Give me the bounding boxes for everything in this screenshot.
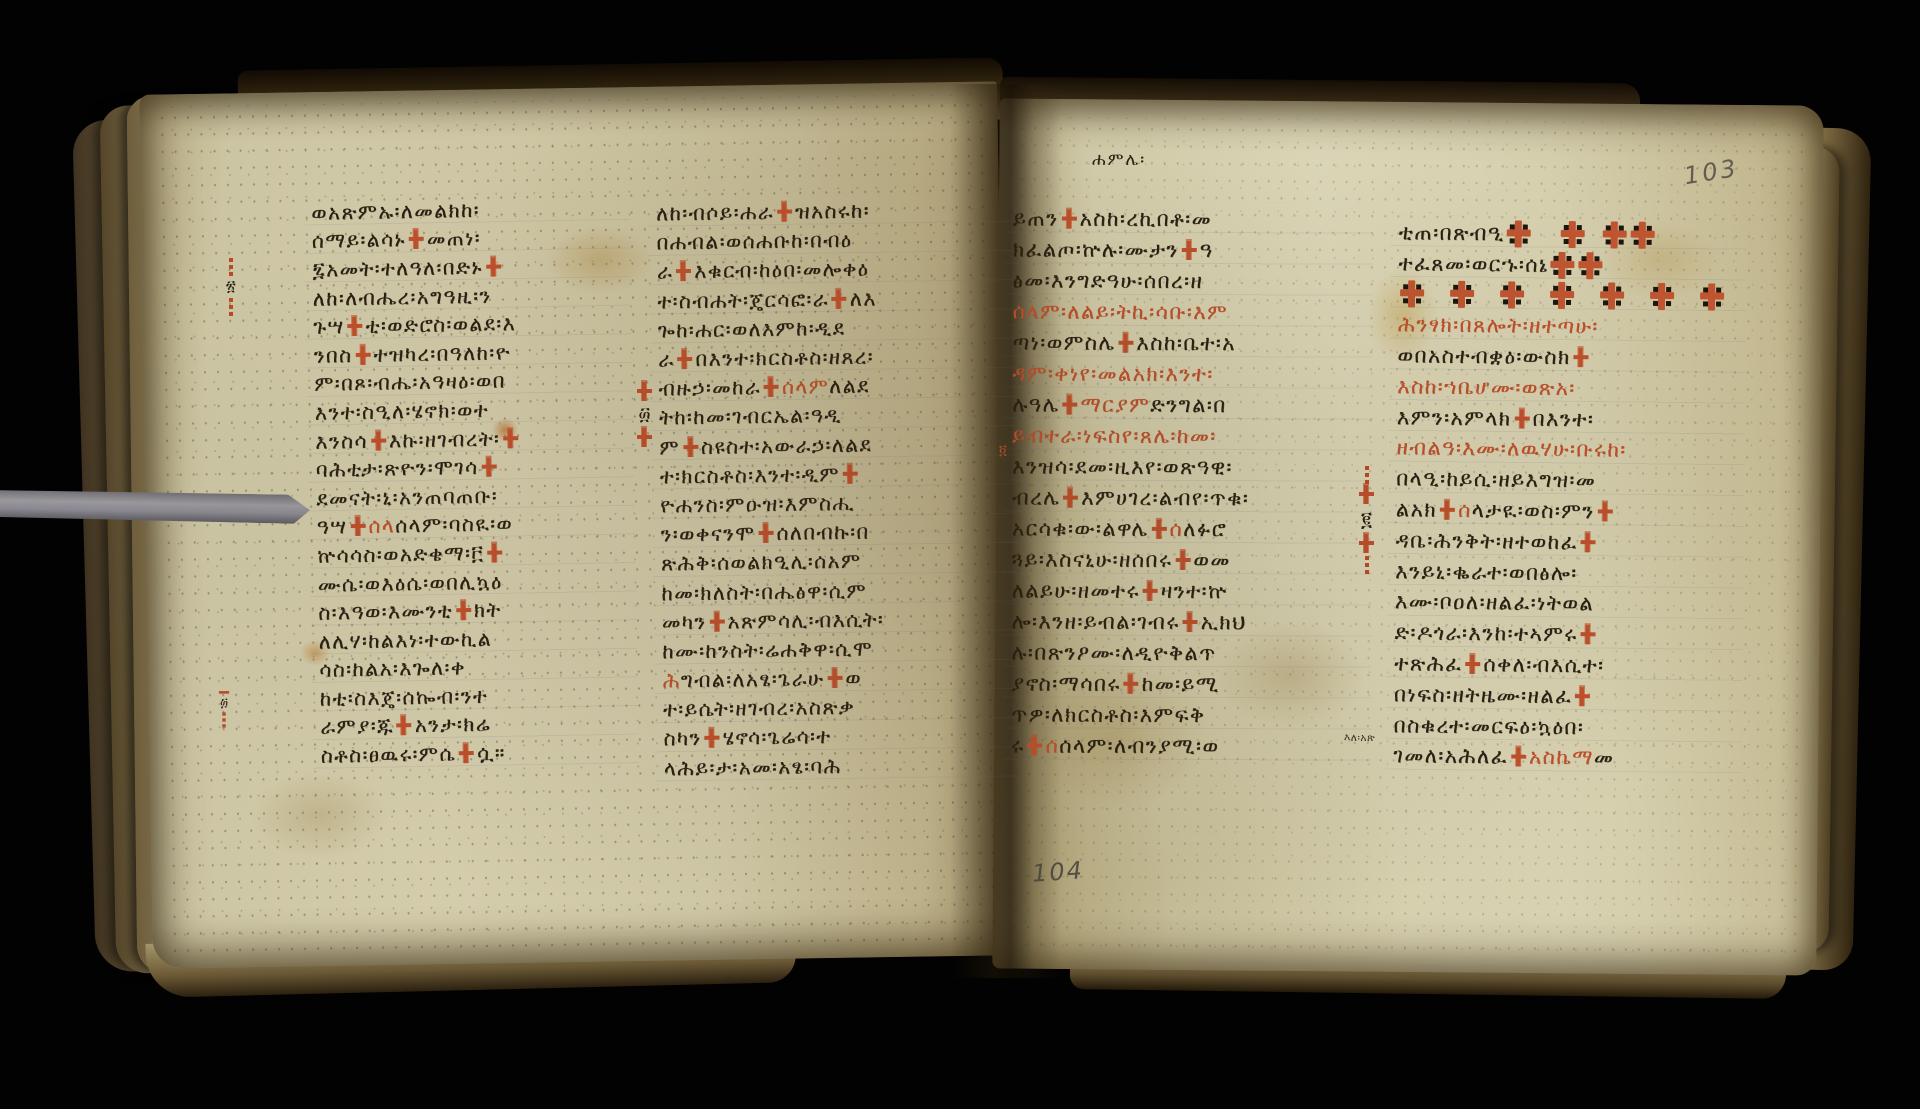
red-cross-divider-icon — [827, 669, 842, 688]
black-ink-text-run: አርሳቁ፡ው፡ልዋሌ — [1012, 516, 1149, 541]
black-ink-text-run: ስቶስ፡ፀዉሩ፡ምሴ — [321, 741, 457, 768]
black-ink-text-run: በሐብል፡ወሰሐቡከ፡በብዕ — [656, 228, 852, 256]
manuscript-text-line: ዳቤ፡ሕንቅት፡ዘተወከፈ — [1395, 525, 1735, 559]
black-ink-text-run: ተ፡ስብሐት፡ጄርሳፎ፡ራ — [657, 287, 829, 314]
black-ink-text-run: ለእ — [850, 286, 877, 311]
red-cross-divider-icon — [677, 350, 692, 369]
black-ink-text-run: ም — [659, 435, 680, 460]
black-ink-text-run: ጥዎ፡ለክርስቶስ፡እምፍቅ — [1011, 702, 1205, 728]
black-ink-text-run: ሰለበብኩ፡በ — [776, 520, 869, 546]
black-ink-text-run: ራምያ፡ጁ — [320, 714, 394, 740]
folio-number-bottom-left: 104 — [1031, 856, 1085, 888]
red-cross-divider-icon — [1061, 210, 1076, 229]
red-ink-text-run: ዘብልዓ፡እሙ፡ለዉሃሁ፡ቡሩከ፡ — [1396, 436, 1626, 463]
black-ink-text-run: እሙ፡ቦዐለ፡ዘልፈ፡ነትወል — [1395, 590, 1594, 617]
manuscript-text-line: ለልይሁ፡ዘመተሩዛንተ፡ኵ — [1012, 575, 1364, 607]
red-cross-icon — [637, 382, 652, 401]
black-ink-text-run: ጓይ፡እስናኒሁ፡ዘሰበሩ — [1012, 547, 1173, 573]
manuscript-text-line: ወበአስተብቋዕ፡ውስክ — [1397, 340, 1737, 374]
black-ink-text-run: ስካን — [663, 726, 701, 752]
manuscript-text-line: በነፍስ፡ዘትዜሙ፡ዘልፈ — [1394, 679, 1734, 713]
black-ink-text-run: እንተ፡ስዒለ፡ሄኖክ፡ወተ — [315, 398, 490, 426]
black-ink-text-run: ዛንተ፡ኵ — [1161, 579, 1228, 604]
red-cross-divider-icon — [1143, 582, 1158, 601]
black-ink-text-run: ትከ፡ከመ፡ገብርኤል፡ዓዲ — [659, 403, 842, 431]
black-ink-text-run: ያኖስ፡ማሳበሩ — [1011, 671, 1120, 696]
red-cross-divider-icon — [1580, 625, 1595, 644]
margin-mark-left-outer-lower: ፴ — [219, 691, 229, 726]
manuscript-text-line: ክፈልጦ፡ኵሉ፡ሙታንዓ — [1013, 234, 1365, 266]
black-ink-text-run: ከመ፡ክለስት፡በሔፅዋ፡ሲም — [661, 578, 867, 606]
manuscript-text-line: ብረሌእምሀገረ፡ልብየ፡ጥቁ፡ — [1012, 482, 1364, 514]
red-cross-divider-icon — [350, 517, 365, 536]
black-ink-text-run: ጉሣ — [313, 314, 345, 340]
manuscript-text-line: ተጽሕፈሰቀለ፡ብእሲተ፡ — [1394, 648, 1734, 682]
manuscript-text-line: ጥዎ፡ለክርስቶስ፡እምፍቅ — [1011, 699, 1363, 731]
black-ink-text-run: ተ፡ይሴት፡ዘገብረ፡አስጽቃ — [663, 695, 855, 723]
manuscript-text-line: ዘብልዓ፡እሙ፡ለዉሃሁ፡ቡሩከ፡ — [1396, 433, 1736, 467]
black-ink-text-run: ገመለ፡አሕለፈ — [1393, 744, 1508, 770]
decorative-cross-icon — [1400, 281, 1424, 308]
red-cross-divider-icon — [1063, 489, 1078, 508]
red-cross-divider-icon — [397, 717, 412, 736]
tiny-marginal-gloss: እለ፡አጽ — [1344, 733, 1375, 744]
decorative-cross-icon — [1507, 220, 1531, 247]
black-ink-text-run: ተፈጸመ፡ወርኁ፡ሰኔ — [1398, 251, 1548, 278]
black-ink-text-run: ጽሕቅ፡ሰወልክዒሊ፡ሰአም — [661, 549, 862, 577]
black-ink-text-run: ለልይሁ፡ዘመተሩ — [1012, 578, 1140, 603]
manuscript-text-line: ቲጠ፡በጽብዒ — [1399, 217, 1739, 251]
red-cross-divider-icon — [487, 543, 502, 562]
red-cross-divider-icon — [1597, 502, 1612, 521]
left-page-column-1: ወአጽምኡ፡ለመልክከ፡ሰማይ፡ልሳኑመጠነ፡፯አመት፡ተለዓለ፡በድኑለከ፡ለ… — [311, 193, 631, 770]
black-ink-text-run: ራ — [658, 347, 675, 372]
black-ink-text-run: በነፍስ፡ዘትዜሙ፡ዘልፈ — [1394, 682, 1573, 709]
manuscript-text-line — [1398, 279, 1738, 313]
black-ink-text-run: ሙሴ፡ወእዕሴ፡ወበሊኳዕ — [318, 569, 503, 597]
black-ink-text-run: ወመ — [1193, 548, 1231, 573]
black-ink-text-run: ፯አመት፡ተለዓለ፡በድኑ — [312, 255, 483, 283]
black-ink-text-run: ወበአስተብቋዕ፡ውስክ — [1397, 343, 1570, 370]
black-ink-text-run: ጐከ፡ሐር፡ወለእምከ፡ዲደ — [658, 316, 846, 344]
red-ink-text-run: ሰ — [1458, 498, 1472, 523]
decorative-cross-icon — [1500, 282, 1524, 309]
red-ink-text-run: ሰላ — [368, 514, 395, 539]
manuscript-text-line: ይብተራ፡ነፍስየ፡ጸሌ፡ከመ፡ — [1012, 420, 1364, 452]
decorative-cross-icon — [1650, 283, 1674, 310]
red-cross-divider-icon — [764, 378, 779, 397]
black-ink-text-run: በላዒ፡ከይሲ፡ዘይእግዝ፡መ — [1396, 466, 1596, 493]
red-cross-divider-icon — [409, 230, 424, 249]
black-ink-text-run: ፅመ፡እንግድዓሁ፡ሰበረ፡ዘ — [1013, 268, 1204, 294]
black-ink-text-run: እስከ፡ቤተ፡አ — [1136, 331, 1236, 356]
black-ink-text-run: ሉዓሌ — [1012, 392, 1059, 417]
manuscript-text-line: ሉ፡በጽንዖሙ፡ለዲዮቅልጥ — [1011, 637, 1363, 669]
left-page-column-2: ለከ፡ብሶይ፡ሐራዝአስሩከ፡በሐብል፡ወሰሐቡከ፡በብዕራእቁርብ፡ከዕበ፡መ… — [656, 195, 1012, 784]
red-ink-text-run: ሰ — [1169, 517, 1183, 542]
red-ink-text-run: ሰላም፡ለልይ፡ትኪ፡ሳቡ፡እም — [1013, 299, 1229, 325]
black-ink-text-run: መ — [1594, 746, 1615, 771]
black-ink-text-run: እንዝሳ፡ደመ፡ዚእየ፡ወጽዓዊ፡ — [1012, 454, 1233, 480]
black-ink-text-run: ክት — [474, 598, 502, 623]
manuscript-text-line: አርሳቁ፡ው፡ልዋሌሰለፉሮ — [1012, 513, 1364, 545]
manuscript-text-line: ላሕይ፡ታ፡አመ፡አፄ፡ባሕ — [664, 749, 1012, 783]
manuscript-text-line: ይጠንአስከ፡ረኪበቶ፡መ — [1013, 203, 1365, 235]
red-cross-divider-icon — [486, 257, 501, 276]
black-ink-text-run: እምሀገረ፡ልብየ፡ጥቁ፡ — [1081, 486, 1249, 512]
red-cross-divider-icon — [1062, 396, 1077, 415]
black-ink-text-run: ም፡በጾ፡ብሔ፡አዓዛዕ፡ወበ — [314, 369, 506, 397]
black-ink-text-run: ሎ፡እንዘ፡ይብል፡ገብሩ — [1011, 609, 1179, 635]
manuscript-text-line: ድ፡ዶጎራ፡እንከ፡ተኣምሩ — [1394, 618, 1734, 652]
red-dot-column-icon — [229, 258, 233, 262]
black-ink-text-run: ለፉሮ — [1183, 517, 1227, 542]
red-cross-divider-icon — [1118, 334, 1133, 353]
decorative-cross-icon — [1700, 284, 1724, 311]
red-cross-divider-icon — [704, 729, 719, 748]
black-ink-text-run: ደመናት፡ኒ፡አንጠባጠቡ፡ — [316, 483, 498, 511]
black-ink-text-run: ወአጽምኡ፡ለመልክከ፡ — [311, 198, 480, 226]
red-cross-divider-icon — [1514, 409, 1529, 428]
black-ink-text-run: ላታዪ፡ወስ፡ምን — [1472, 498, 1595, 524]
black-ink-text-run: ድንግል፡በ — [1150, 393, 1226, 418]
black-ink-text-run: ተጽሕፈ — [1394, 651, 1462, 677]
black-ink-text-run: ሷ። — [477, 741, 506, 766]
manuscript-text-line: በላዒ፡ከይሲ፡ዘይእግዝ፡መ — [1396, 464, 1736, 498]
black-ink-text-run: ሰማይ፡ልሳኑ — [312, 227, 406, 254]
manuscript-photo-stage: ሐምሌ፡ 103 104 ወአጽምኡ፡ለመልክከ፡ሰማይ፡ልሳኑመጠነ፡፯አመት… — [0, 0, 1920, 1109]
manuscript-text-line: ተፈጸመ፡ወርኁ፡ሰኔ — [1398, 248, 1738, 282]
decorative-cross-icon — [1561, 221, 1585, 248]
red-cross-divider-icon — [503, 429, 518, 448]
red-ink-text-run: ሕንፃክ፡በጸሎት፡ዘተጣሁ፡ — [1398, 313, 1599, 340]
red-cross-divider-icon — [832, 289, 847, 308]
red-cross-divider-icon — [1124, 675, 1139, 694]
black-ink-text-run: ከሙ፡ከንስት፡ሬሐቅዋ፡ሲሞ — [662, 636, 873, 664]
manuscript-text-line: ሎ፡እንዘ፡ይብል፡ገብሩኢክህ — [1011, 606, 1363, 638]
manuscript-text-line: እንይኒ፡ቈራተ፡ወበፅሎ፡ — [1395, 556, 1735, 590]
manuscript-text-line: ስቶስ፡ፀዉሩ፡ምሴሷ። — [321, 737, 631, 771]
margin-mark-left-column-divider: ፴ — [634, 382, 655, 447]
red-cross-divider-icon — [481, 458, 496, 477]
red-ink-text-run: ሕ — [662, 668, 681, 693]
red-ink-text-run: እስከ፡ኀቤሆሙ፡ወጽአ፡ — [1397, 374, 1576, 401]
decorative-cross-icon — [1550, 282, 1574, 309]
running-header-month: ሐምሌ፡ — [1092, 150, 1146, 170]
margin-red-numeral: ፬ — [999, 443, 1007, 459]
right-page-column-1: ይጠንአስከ፡ረኪበቶ፡መክፈልጦ፡ኵሉ፡ሙታንዓፅመ፡እንግድዓሁ፡ሰበረ፡ዘ… — [1011, 203, 1365, 762]
black-ink-text-run: አንታ፡ክሬ — [415, 712, 492, 738]
black-ink-text-run: እኩ፡ዘገብረት፡ — [389, 426, 501, 453]
black-ink-text-run: በእንተ፡ — [1532, 406, 1594, 432]
black-ink-text-run: ብረሌ — [1012, 485, 1060, 510]
manuscript-text-line: ሩሰሰላም፡ለብንያሚ፡ወ — [1011, 730, 1363, 762]
black-ink-text-run: እንይኒ፡ቈራተ፡ወበፅሎ፡ — [1395, 559, 1578, 586]
red-cross-divider-icon — [1581, 533, 1596, 552]
black-ink-text-run: ከቲ፡ስእጄ፡ሰኰብ፡ንተ — [320, 684, 489, 712]
manuscript-text-line: ጣነ፡ወምስሌእስከ፡ቤተ፡አ — [1012, 327, 1364, 359]
red-dash-icon — [219, 691, 229, 694]
black-ink-text-run: ባሕቲታ፡ጽዮን፡ሞገሳ — [316, 455, 479, 483]
black-ink-text-run: ንበስ — [314, 343, 353, 369]
red-cross-divider-icon — [709, 612, 724, 631]
black-ink-text-run: ኵሳሳስ፡ወአድቄማ፡፫ — [317, 541, 484, 569]
black-ink-text-run: ሉ፡በጽንዖሙ፡ለዲዮቅልጥ — [1011, 640, 1216, 666]
manuscript-text-line: ልአክሰላታዪ፡ወስ፡ምን — [1396, 494, 1736, 528]
decorative-cross-icon — [1550, 252, 1574, 279]
red-cross-divider-icon — [347, 317, 362, 336]
right-page-column-2: ቲጠ፡በጽብዒተፈጸመ፡ወርኁ፡ሰኔሕንፃክ፡በጸሎት፡ዘተጣሁ፡ወበአስተብቋ… — [1393, 217, 1739, 775]
black-ink-text-run: ላሕይ፡ታ፡አመ፡አፄ፡ባሕ — [664, 754, 842, 781]
black-ink-text-run: ወ — [845, 666, 862, 691]
red-ink-text-run: ዳም፡ቀነየ፡መልአክ፡እንተ፡ — [1012, 361, 1213, 387]
decorative-cross-icon — [1578, 252, 1602, 279]
black-ink-text-run: ሳስ፡ከልአ፡እጐለ፡ቀ — [319, 655, 466, 683]
decorative-cross-icon — [1631, 222, 1655, 249]
manuscript-text-line: እስከ፡ኀቤሆሙ፡ወጽአ፡ — [1397, 371, 1737, 405]
decorative-cross-icon — [1600, 283, 1624, 310]
black-ink-text-run: ዳቤ፡ሕንቅት፡ዘተወከፈ — [1395, 528, 1577, 555]
red-cross-divider-icon — [459, 744, 474, 763]
red-cross-divider-icon — [1183, 613, 1198, 632]
black-ink-text-run: መጠነ፡ — [427, 226, 482, 252]
black-ink-text-run: ግብል፡ለአፄ፡ጌራሁ — [681, 666, 825, 693]
black-ink-text-run: ስዩስተ፡አውራኃ፡ለልደ — [701, 432, 872, 459]
black-ink-text-run: ከመ፡ይሚ — [1142, 672, 1220, 697]
black-ink-text-run: ዮሐንስ፡ምዑዝ፡እምስሒ — [660, 491, 855, 519]
decorative-cross-icon — [1603, 221, 1627, 248]
manuscript-text-line: ዳም፡ቀነየ፡መልአክ፡እንተ፡ — [1012, 358, 1364, 390]
red-cross-icon — [1359, 534, 1374, 553]
manuscript-text-line: እሙ፡ቦዐለ፡ዘልፈ፡ነትወል — [1395, 587, 1735, 621]
red-cross-divider-icon — [1027, 736, 1042, 755]
margin-mark-right-column-divider: ፪ — [1356, 466, 1377, 572]
black-ink-text-run: ዓሣ — [317, 514, 348, 540]
black-ink-text-run: ለከ፡ለብሔረ፡አግዓዚ፡ን — [313, 283, 492, 311]
black-ink-text-run: ስ፡እዓወ፡እሙንቲ — [318, 598, 453, 625]
red-cross-divider-icon — [1465, 655, 1480, 674]
margin-numeral: ፪ — [1361, 507, 1372, 531]
red-cross-divider-icon — [456, 601, 471, 620]
red-dot-column-icon — [222, 712, 225, 715]
margin-numeral: ፳ — [226, 277, 236, 295]
red-cross-icon — [637, 428, 652, 447]
margin-numeral: ፴ — [220, 696, 228, 710]
red-cross-divider-icon — [371, 431, 386, 450]
red-cross-divider-icon — [758, 524, 773, 543]
manuscript-text-line: ሕንፃክ፡በጸሎት፡ዘተጣሁ፡ — [1398, 310, 1738, 344]
manuscript-text-line: ገመለ፡አሕለፈአስኬማመ — [1393, 741, 1733, 775]
black-ink-text-run: ተ፡ክርስቶስ፡እንተ፡ዲም — [660, 462, 840, 490]
red-cross-divider-icon — [683, 437, 698, 456]
manuscript-text-line: ፅመ፡እንግድዓሁ፡ሰበረ፡ዘ — [1013, 265, 1365, 297]
black-ink-text-run: ድ፡ዶጎራ፡እንከ፡ተኣምሩ — [1394, 620, 1577, 647]
red-cross-divider-icon — [355, 346, 370, 365]
black-ink-text-run: ተዝካረ፡በዓለከ፡ዮ — [373, 340, 511, 367]
black-ink-text-run: ጣነ፡ወምስሌ — [1012, 330, 1115, 355]
red-cross-divider-icon — [1182, 241, 1197, 260]
black-ink-text-run: አስከ፡ረኪበቶ፡መ — [1079, 207, 1212, 232]
red-cross-divider-icon — [1575, 687, 1590, 706]
red-cross-icon — [1359, 485, 1374, 504]
red-ink-text-run: ይብተራ፡ነፍስየ፡ጸሌ፡ከመ፡ — [1012, 423, 1216, 449]
black-ink-text-run: ሄኖሳ፡ጌሬሳ፡ተ — [722, 725, 831, 752]
black-ink-text-run: ክፈልጦ፡ኵሉ፡ሙታን — [1013, 237, 1179, 263]
black-ink-text-run: በስቁረተ፡መርፍዕ፡ኳዕበ፡ — [1393, 713, 1584, 740]
red-cross-divider-icon — [843, 464, 858, 483]
black-ink-text-run: ለከ፡ብሶይ፡ሐራ — [656, 200, 774, 227]
black-ink-text-run: እቁርብ፡ከዕበ፡መሎቀዕ — [694, 257, 869, 284]
black-ink-text-run: ዝአስሩከ፡ — [795, 199, 870, 225]
black-ink-text-run: ቲጠ፡በጽብዒ — [1399, 220, 1505, 246]
manuscript-text-line: ሉዓሌማርያምድንግል፡በ — [1012, 389, 1364, 421]
black-ink-text-run: ይጠን — [1013, 206, 1059, 231]
red-cross-divider-icon — [1511, 748, 1526, 767]
manuscript-text-line: ጓይ፡እስናኒሁ፡ዘሰበሩወመ — [1012, 544, 1364, 576]
red-cross-divider-icon — [777, 203, 792, 222]
red-cross-divider-icon — [1440, 501, 1455, 520]
red-ink-text-run: ማርያም — [1080, 393, 1150, 418]
red-cross-divider-icon — [676, 262, 691, 281]
black-ink-text-run: ለሊሃ፡ከልእነ፡ተውኪል — [319, 626, 493, 654]
decorative-cross-icon — [1450, 281, 1474, 308]
margin-mark-left-outer-upper: ፳ — [226, 258, 236, 314]
black-ink-text-run: ሰላም፡ለብንያሚ፡ወ — [1059, 734, 1219, 760]
red-dot-column-icon — [229, 298, 233, 302]
black-ink-text-run: ዓ — [1200, 238, 1214, 263]
black-ink-text-run: ቲ፡ወድሮስ፡ወልደ፡እ — [365, 311, 516, 339]
black-ink-text-run: ልአክ — [1396, 497, 1437, 522]
manuscript-text-line: በስቁረተ፡መርፍዕ፡ኳዕበ፡ — [1393, 710, 1733, 744]
black-ink-text-run: እንስሳ — [315, 428, 368, 454]
red-ink-text-run: ሰላም — [782, 374, 830, 400]
black-ink-text-run: እምን፡አምላክ — [1397, 405, 1512, 431]
black-ink-text-run: ሰላም፡ባስዪ፡ወ — [395, 512, 513, 539]
red-ink-text-run: ሰ — [1045, 734, 1059, 759]
manuscript-text-line: እምን፡አምላክበእንተ፡ — [1397, 402, 1737, 436]
red-ink-text-run: አስኬማ — [1529, 745, 1594, 771]
black-ink-text-run: ለልደ — [829, 374, 870, 400]
red-cross-divider-icon — [1175, 551, 1190, 570]
manuscript-text-line: ያኖስ፡ማሳበሩከመ፡ይሚ — [1011, 668, 1363, 700]
black-ink-text-run: ን፡ወቀናንሞ — [660, 521, 755, 547]
black-ink-text-run: ኢክህ — [1201, 610, 1247, 635]
black-ink-text-run: ብዙኃ፡መከራ — [658, 375, 761, 401]
red-dot-column-icon — [1365, 466, 1369, 470]
red-dot-column-icon — [1365, 556, 1369, 560]
black-ink-text-run: በእንተ፡ክርስቶስ፡ዘጸረ፡ — [695, 344, 874, 371]
black-ink-text-run: ሰቀለ፡ብእሲተ፡ — [1483, 652, 1604, 678]
black-ink-text-run: አጽምሳሊ፡ብእሲት፡ — [727, 607, 884, 634]
margin-numeral: ፴ — [638, 404, 650, 425]
black-ink-text-run: ራ — [657, 260, 674, 285]
black-ink-text-run: ሩ — [1011, 733, 1024, 758]
red-cross-divider-icon — [1574, 348, 1589, 367]
red-cross-divider-icon — [1151, 520, 1166, 539]
manuscript-text-line: እንዝሳ፡ደመ፡ዚእየ፡ወጽዓዊ፡ — [1012, 451, 1364, 483]
manuscript-text-line: ሰላም፡ለልይ፡ትኪ፡ሳቡ፡እም — [1013, 296, 1365, 328]
black-ink-text-run: መካን — [662, 610, 707, 636]
